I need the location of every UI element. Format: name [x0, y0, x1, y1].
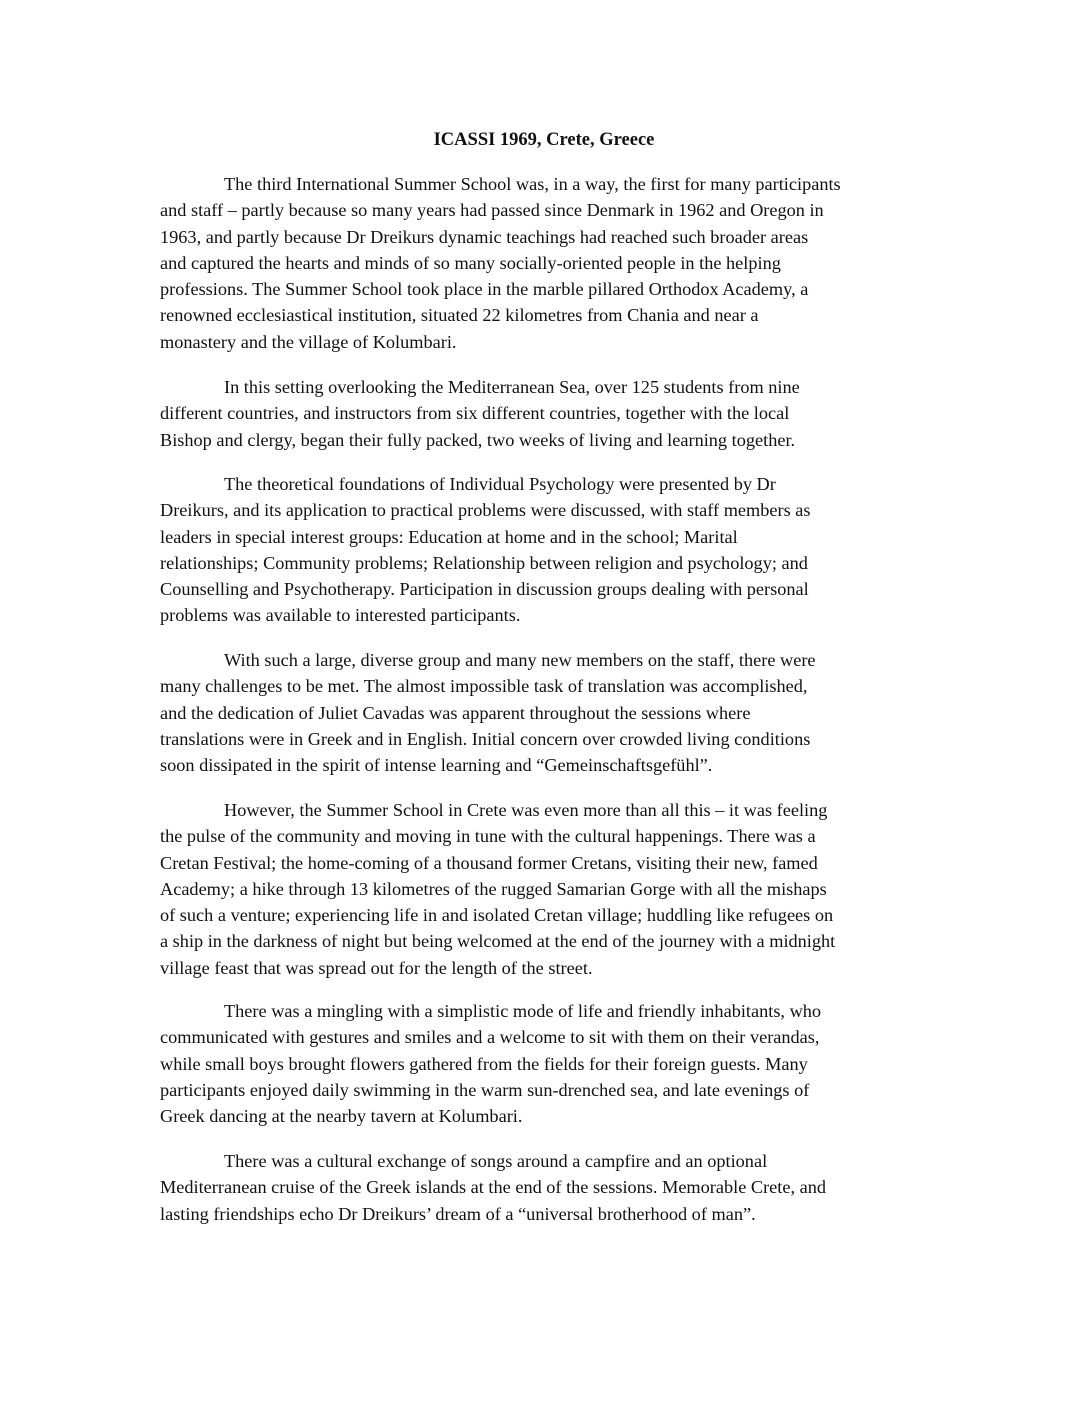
- paragraph-line: renowned ecclesiastical institution, sit…: [160, 302, 940, 328]
- paragraph-line: of such a venture; experiencing life in …: [160, 902, 940, 928]
- paragraph-line: Greek dancing at the nearby tavern at Ko…: [160, 1103, 940, 1129]
- paragraph-line: Bishop and clergy, began their fully pac…: [160, 427, 940, 453]
- paragraph-line: Mediterranean cruise of the Greek island…: [160, 1174, 940, 1200]
- paragraph-line: and captured the hearts and minds of so …: [160, 250, 940, 276]
- paragraph-line: many challenges to be met. The almost im…: [160, 673, 940, 699]
- paragraph-line: communicated with gestures and smiles an…: [160, 1024, 940, 1050]
- paragraph-line: leaders in special interest groups: Educ…: [160, 524, 940, 550]
- paragraph-line: relationships; Community problems; Relat…: [160, 550, 940, 576]
- paragraph-line: problems was available to interested par…: [160, 602, 940, 628]
- paragraph-line: village feast that was spread out for th…: [160, 955, 940, 981]
- paragraph-line: Academy; a hike through 13 kilometres of…: [160, 876, 940, 902]
- document-title: ICASSI 1969, Crete, Greece: [0, 128, 1088, 152]
- paragraph-line: translations were in Greek and in Englis…: [160, 726, 940, 752]
- paragraph-line: There was a cultural exchange of songs a…: [160, 1148, 940, 1174]
- paragraph-6: There was a mingling with a simplistic m…: [160, 998, 940, 1129]
- paragraph-line: and staff – partly because so many years…: [160, 197, 940, 223]
- paragraph-line: and the dedication of Juliet Cavadas was…: [160, 700, 940, 726]
- paragraph-line: The theoretical foundations of Individua…: [160, 471, 940, 497]
- paragraph-line: In this setting overlooking the Mediterr…: [160, 374, 940, 400]
- paragraph-7: There was a cultural exchange of songs a…: [160, 1148, 940, 1227]
- paragraph-line: There was a mingling with a simplistic m…: [160, 998, 940, 1024]
- paragraph-line: 1963, and partly because Dr Dreikurs dyn…: [160, 224, 940, 250]
- paragraph-line: soon dissipated in the spirit of intense…: [160, 752, 940, 778]
- paragraph-line: Counselling and Psychotherapy. Participa…: [160, 576, 940, 602]
- paragraph-line: lasting friendships echo Dr Dreikurs’ dr…: [160, 1201, 940, 1227]
- paragraph-4: With such a large, diverse group and man…: [160, 647, 940, 778]
- paragraph-line: Dreikurs, and its application to practic…: [160, 497, 940, 523]
- paragraph-line: different countries, and instructors fro…: [160, 400, 940, 426]
- paragraph-line: professions. The Summer School took plac…: [160, 276, 940, 302]
- paragraph-1: The third International Summer School wa…: [160, 171, 940, 355]
- paragraph-line: However, the Summer School in Crete was …: [160, 797, 940, 823]
- paragraph-line: With such a large, diverse group and man…: [160, 647, 940, 673]
- paragraph-line: Cretan Festival; the home-coming of a th…: [160, 850, 940, 876]
- paragraph-line: while small boys brought flowers gathere…: [160, 1051, 940, 1077]
- paragraph-5: However, the Summer School in Crete was …: [160, 797, 940, 981]
- paragraph-line: participants enjoyed daily swimming in t…: [160, 1077, 940, 1103]
- document-page: ICASSI 1969, Crete, Greece The third Int…: [0, 0, 1088, 1408]
- paragraph-3: The theoretical foundations of Individua…: [160, 471, 940, 629]
- paragraph-2: In this setting overlooking the Mediterr…: [160, 374, 940, 453]
- paragraph-line: the pulse of the community and moving in…: [160, 823, 940, 849]
- paragraph-line: a ship in the darkness of night but bein…: [160, 928, 940, 954]
- paragraph-line: The third International Summer School wa…: [160, 171, 940, 197]
- paragraph-line: monastery and the village of Kolumbari.: [160, 329, 940, 355]
